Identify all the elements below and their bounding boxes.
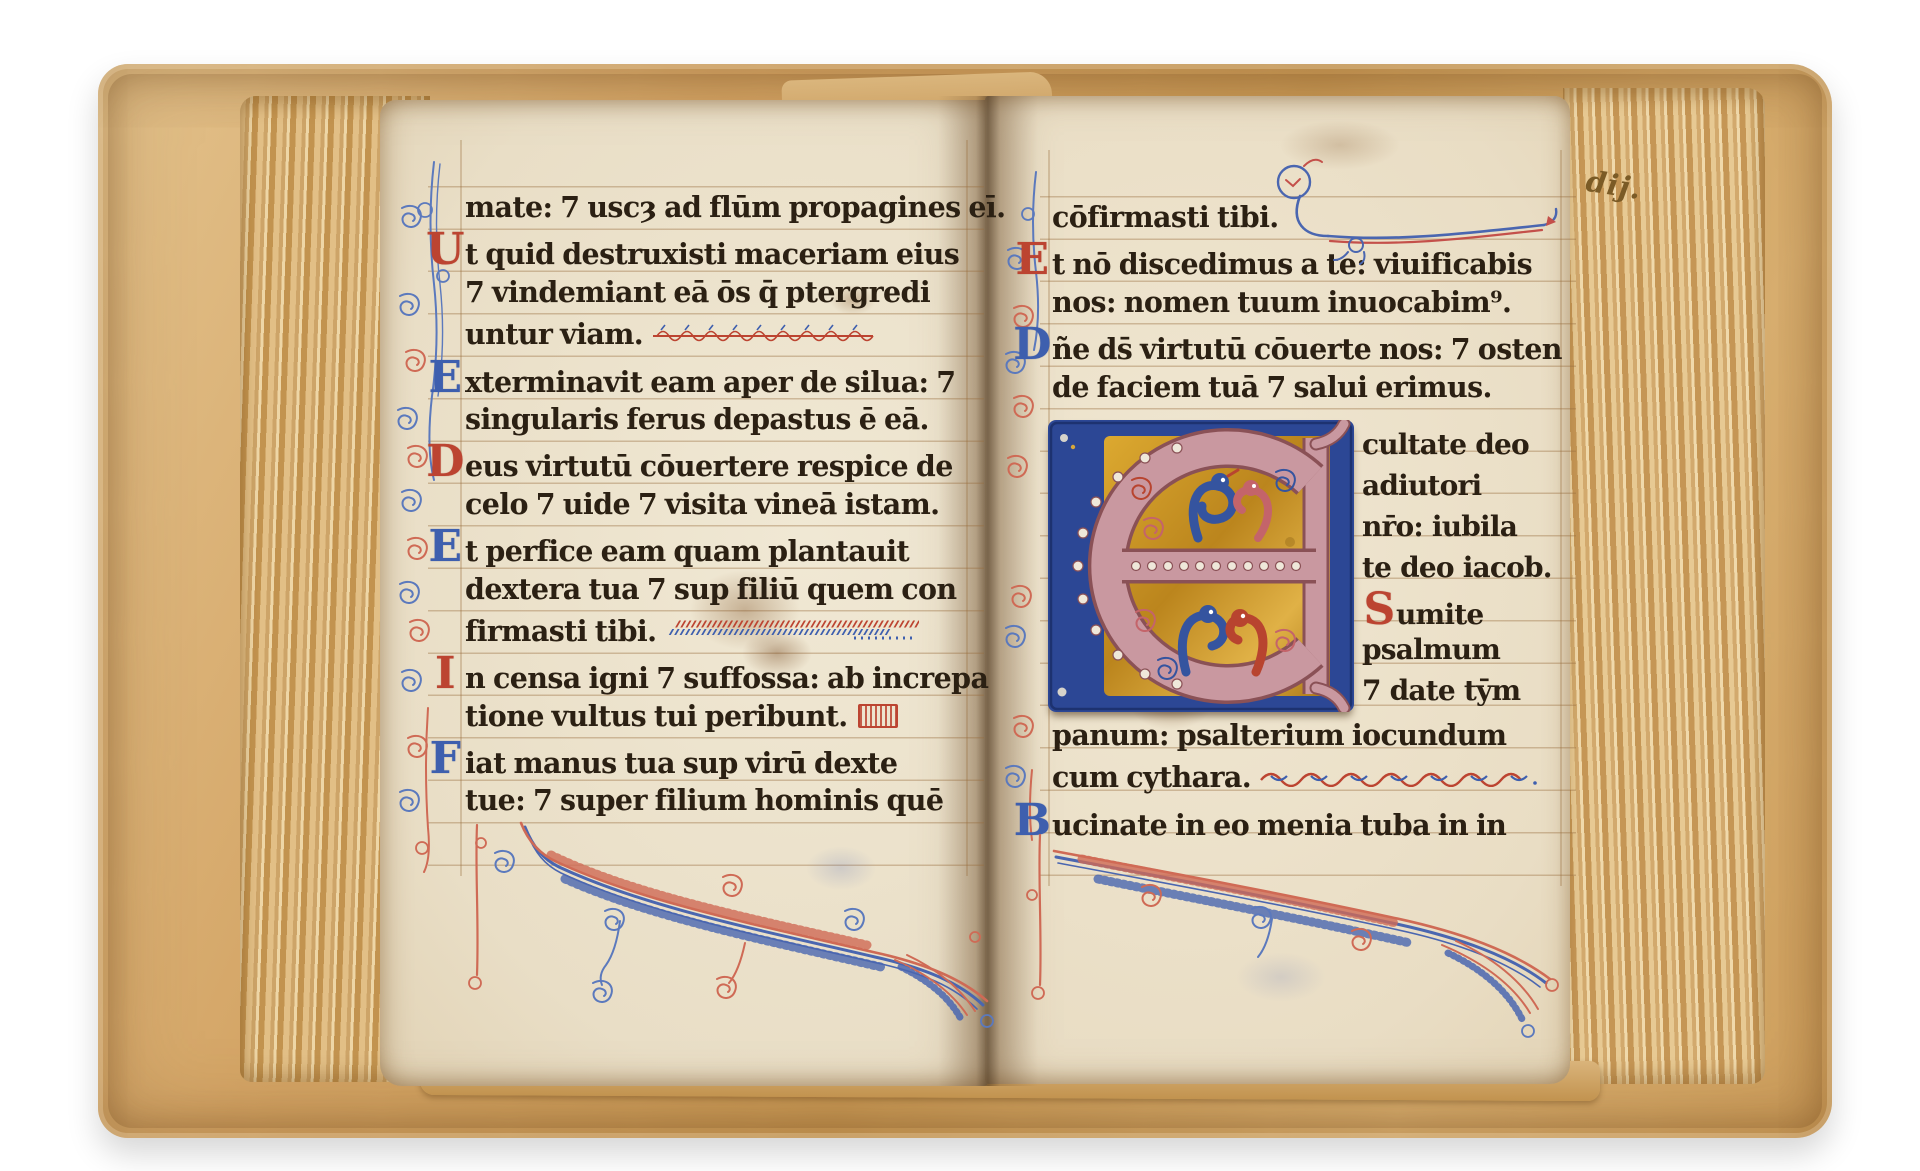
line-text: psalmum [1362, 633, 1500, 666]
line-text: t perfice eam quam plantauit [465, 534, 909, 568]
text-line: Dñe ds̄ virtutū cōuerte nos: 7 osten [1052, 323, 1564, 365]
line-text: de faciem tuā 7 salui erimus. [1052, 370, 1492, 404]
line-text: t quid destruxisti maceriam eius [465, 237, 959, 271]
text-line: mate: 7 uscȝ ad flūm propagines eī. [465, 186, 970, 228]
text-line: tione vultus tui peribunt. [465, 695, 970, 737]
wave-line-filler-icon [1259, 767, 1539, 787]
text-line: firmasti tibi. [465, 610, 970, 652]
text-line: dextera tua 7 sup filiū quem con [465, 568, 970, 610]
line-text: untur viam. [465, 317, 643, 351]
line-text: nr̄o: iubila [1362, 510, 1517, 543]
line-text: 7 date tȳm [1362, 674, 1520, 707]
illuminated-initial-artwork-icon [1048, 420, 1354, 712]
text-line: 7 date tȳm [1362, 670, 1564, 711]
text-line: Sumite [1362, 588, 1564, 629]
line-text: celo 7 uide 7 visita vineā istam. [465, 487, 940, 521]
versal-initial: S [1362, 588, 1396, 632]
line-text: dextera tua 7 sup filiū quem con [465, 572, 957, 606]
line-text: nos: nomen tuum inuocabim⁹. [1052, 285, 1511, 319]
text-line: nos: nomen tuum inuocabim⁹. [1052, 281, 1564, 323]
text-line: untur viam. [465, 313, 970, 355]
line-text: te deo iacob. [1362, 551, 1552, 584]
line-text: n censa igni 7 suffossa: ab increpa [465, 661, 988, 695]
text-line: nr̄o: iubila [1362, 506, 1564, 547]
line-text: xterminavit eam aper de silua: 7 [465, 365, 956, 399]
red-box-line-filler-icon [858, 704, 898, 728]
versal-initial: E [425, 525, 465, 569]
text-line: Ut quid destruxisti maceriam eius [465, 228, 970, 270]
manuscript-photo: mate: 7 uscȝ ad flūm propagines eī. Ut q… [0, 0, 1920, 1171]
line-text: umite [1396, 598, 1483, 631]
text-line: cultate deo [1362, 424, 1564, 465]
versal-initial: D [425, 440, 465, 484]
line-text: iat manus tua sup virū dexte [465, 746, 897, 780]
versal-initial: E [425, 356, 465, 400]
text-line: psalmum [1362, 629, 1564, 670]
text-line: tue: 7 super filium hominis quē [465, 779, 970, 821]
versal-initial: D [1012, 323, 1052, 367]
right-bottom-feathered-flourish-icon [1022, 835, 1572, 1045]
text-line: cum cythara. [1052, 756, 1564, 798]
text-line: panum: psalterium iocundum [1052, 714, 1564, 756]
line-text: 7 vindemiant eā ōs q̄ ptergredi [465, 275, 930, 309]
right-page-text-block-bottom: panum: psalterium iocundum cum cythara. … [1052, 714, 1564, 841]
line-text: singularis ferus depastus ē eā. [465, 402, 929, 436]
right-page-text-beside-initial: cultate deo adiutori nr̄o: iubila te deo… [1362, 424, 1564, 711]
illuminated-initial-E: E [1048, 420, 1354, 712]
line-text: adiutori [1362, 469, 1481, 502]
text-line: Deus virtutū cōuertere respice de [465, 440, 970, 482]
versal-initial: E [1012, 238, 1052, 282]
text-line: de faciem tuā 7 salui erimus. [1052, 366, 1564, 408]
text-line: adiutori [1362, 465, 1564, 506]
line-text: firmasti tibi. [465, 614, 656, 648]
left-page-text-block: mate: 7 uscȝ ad flūm propagines eī. Ut q… [465, 186, 970, 822]
versal-initial: F [425, 737, 465, 781]
dragon-line-filler-icon [1252, 146, 1572, 266]
herringbone-line-filler-icon [664, 619, 919, 641]
chain-line-filler-icon [651, 324, 876, 344]
text-line: 7 vindemiant eā ōs q̄ ptergredi [465, 271, 970, 313]
text-line: In censa igni 7 suffossa: ab increpa [465, 652, 970, 694]
text-line: te deo iacob. [1362, 547, 1564, 588]
versal-initial: U [425, 228, 465, 272]
line-text: ñe ds̄ virtutū cōuerte nos: 7 osten [1052, 332, 1562, 366]
line-text: tue: 7 super filium hominis quē [465, 783, 943, 817]
line-text: cum cythara. [1052, 760, 1251, 794]
text-line: celo 7 uide 7 visita vineā istam. [465, 483, 970, 525]
page-edges-right [1563, 88, 1765, 1084]
line-text: mate: 7 uscȝ ad flūm propagines eī. [465, 190, 1005, 224]
line-text: cultate deo [1362, 428, 1529, 461]
line-text: tione vultus tui peribunt. [465, 699, 848, 733]
text-line: Fiat manus tua sup virū dexte [465, 737, 970, 779]
line-text: cōfirmasti tibi. [1052, 200, 1279, 234]
line-text: eus virtutū cōuertere respice de [465, 449, 953, 483]
text-line: Et perfice eam quam plantauit [465, 525, 970, 567]
text-line: Exterminavit eam aper de silua: 7 [465, 356, 970, 398]
left-bottom-feathered-flourish-icon [455, 825, 1000, 1030]
line-text: panum: psalterium iocundum [1052, 718, 1506, 752]
text-line: singularis ferus depastus ē eā. [465, 398, 970, 440]
versal-initial: I [425, 652, 465, 696]
